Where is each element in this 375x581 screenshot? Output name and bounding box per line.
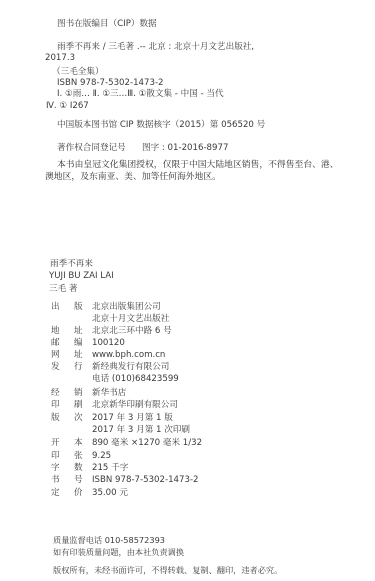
colophon-label-1: 邮: [51, 338, 60, 349]
colophon-value: 北京北三环中路 6 号: [92, 326, 172, 337]
colophon-value: 北京新华印刷有限公司: [92, 400, 178, 411]
colophon-label-1: 书: [51, 475, 60, 486]
colophon-label-2: 销: [74, 388, 83, 399]
colophon-label-2: 价: [74, 488, 83, 499]
colophon-label-2: 编: [74, 338, 83, 349]
colophon-label-2: 本: [74, 438, 83, 449]
colophon-value: 9.25: [92, 451, 111, 462]
colophon-label-2: 数: [74, 463, 83, 474]
colophon-value: 北京出版集团公司: [92, 302, 161, 313]
colophon-label-2: 张: [74, 451, 83, 462]
colophon-value: 35.00 元: [92, 488, 128, 499]
colophon-label-1: 网: [51, 350, 60, 361]
cip-series: （三毛全集）: [52, 67, 104, 78]
license-line-1: 本书由皇冠文化集团授权，仅限于中国大陆地区销售，不得售至台、港、: [57, 160, 339, 171]
cip-title-line: 雨季不再来 / 三毛著 .-- 北京 : 北京十月文艺出版社,: [57, 42, 254, 53]
copyright-reg-label: 著作权合同登记号: [57, 143, 126, 154]
colophon-label-2: 次: [74, 413, 83, 424]
cip-heading: 图书在版编目（CIP）数据: [57, 19, 157, 30]
colophon-value: 新华书店: [92, 388, 126, 399]
colophon-label-1: 字: [51, 463, 60, 474]
quality-hotline: 质量监督电话 010-58572393: [53, 535, 165, 546]
book-author: 三毛 著: [49, 284, 78, 295]
colophon-label-1: 版: [51, 413, 60, 424]
copyright-reg-value: 图字 : 01-2016-8977: [142, 143, 228, 154]
colophon-label-2: 址: [74, 326, 83, 337]
colophon-label-1: 定: [51, 488, 60, 499]
colophon-label-2: 刷: [74, 400, 83, 411]
colophon-value: 北京十月文艺出版社: [92, 314, 169, 325]
colophon-value: 890 毫米 ×1270 毫米 1/32: [92, 438, 202, 449]
colophon-label-1: 经: [51, 388, 60, 399]
colophon-value: 电话 (010)68423599: [92, 374, 179, 385]
colophon-value: 215 千字: [92, 463, 128, 474]
cip-record-number: 中国版本图书馆 CIP 数据核字（2015）第 056520 号: [57, 120, 265, 131]
colophon-label-2: 版: [74, 302, 83, 313]
cip-isbn: ISBN 978-7-5302-1473-2: [57, 78, 164, 89]
colophon-label-2: 行: [74, 362, 83, 373]
colophon-value: www.bph.com.cn: [92, 350, 165, 361]
colophon-label-1: 印: [51, 400, 60, 411]
colophon-value: ISBN 978-7-5302-1473-2: [92, 475, 199, 486]
colophon-value: 2017 年 3 月第 1 次印刷: [92, 425, 190, 436]
colophon-value: 2017 年 3 月第 1 版: [92, 413, 173, 424]
colophon-label-2: 号: [74, 475, 83, 486]
colophon-value: 新经典发行有限公司: [92, 362, 169, 373]
colophon-label-1: 开: [51, 438, 60, 449]
cip-classification-2: Ⅳ. ① I267: [46, 101, 89, 112]
colophon-label-1: 印: [51, 451, 60, 462]
colophon-label-1: 出: [51, 302, 60, 313]
colophon-value: 100120: [92, 338, 125, 349]
cip-date: 2017.3: [45, 53, 75, 64]
book-title-pinyin: YUJI BU ZAI LAI: [49, 271, 114, 282]
cip-classification-1: Ⅰ. ①雨… Ⅱ. ①三…Ⅲ. ①散文集 - 中国 - 当代: [57, 89, 224, 100]
colophon-label-1: 发: [51, 362, 60, 373]
colophon-label-2: 址: [74, 350, 83, 361]
book-title-cn: 雨季不再来: [50, 259, 93, 270]
quality-exchange: 如有印装质量问题，由本社负责调换: [53, 547, 184, 558]
license-line-2: 澳地区，及东南亚、美、加等任何海外地区。: [45, 172, 221, 183]
colophon-label-1: 地: [51, 326, 60, 337]
rights-notice: 版权所有，未经书面许可，不得转载、复制、翻印，违者必究。: [53, 565, 282, 576]
